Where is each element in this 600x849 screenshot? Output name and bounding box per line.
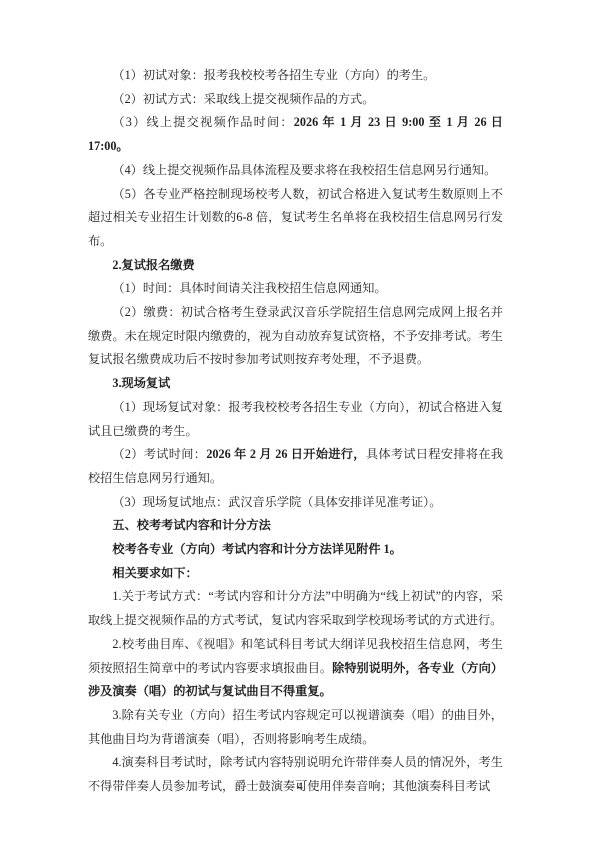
text-run: （1）现场复试对象：报考我校校考各招生专业（方向），初试合格进入复试且已缴费的考…	[88, 400, 503, 438]
document-body: （1）初试对象：报考我校校考各招生专业（方向）的考生。（2）初试方式：采取线上提…	[88, 64, 503, 799]
bold-text-run: 相关要求如下：	[112, 566, 197, 580]
text-run: （4）线上提交视频作品具体流程及要求将在我校招生信息网另行通知。	[112, 163, 496, 177]
page-number: 4	[0, 779, 600, 795]
text-run: （2）初试方式：采取线上提交视频作品的方式。	[112, 92, 374, 106]
paragraph: （1）现场复试对象：报考我校校考各招生专业（方向），初试合格进入复试且已缴费的考…	[88, 396, 503, 443]
paragraph: 2.复试报名缴费	[88, 254, 503, 278]
paragraph: （2）初试方式：采取线上提交视频作品的方式。	[88, 88, 503, 112]
text-run: （3）线上提交视频作品时间：	[112, 115, 293, 129]
paragraph: （2）缴费：初试合格考生登录武汉音乐学院招生信息网完成网上报名并缴费。未在规定时…	[88, 301, 503, 372]
bold-text-run: 五、校考考试内容和计分方法	[112, 518, 270, 532]
bold-text-run: 3.现场复试	[112, 376, 170, 390]
paragraph: （4）线上提交视频作品具体流程及要求将在我校招生信息网另行通知。	[88, 159, 503, 183]
text-run: （1）时间：具体时间请关注我校招生信息网通知。	[112, 281, 386, 295]
paragraph: （2）考试时间：2026 年 2 月 26 日开始进行，具体考试日程安排将在我校…	[88, 443, 503, 490]
paragraph: （5）各专业严格控制现场校考人数，初试合格进入复试考生数原则上不超过相关专业招生…	[88, 183, 503, 254]
paragraph: （3）现场复试地点：武汉音乐学院（具体安排详见准考证）。	[88, 491, 503, 515]
paragraph: 3.现场复试	[88, 372, 503, 396]
document-page: （1）初试对象：报考我校校考各招生专业（方向）的考生。（2）初试方式：采取线上提…	[0, 0, 600, 849]
text-run: （3）现场复试地点：武汉音乐学院（具体安排详见准考证）。	[112, 495, 441, 509]
text-run: （2）缴费：初试合格考生登录武汉音乐学院招生信息网完成网上报名并缴费。未在规定时…	[88, 305, 503, 366]
text-run: （1）初试对象：报考我校校考各招生专业（方向）的考生。	[112, 68, 435, 82]
text-run: 1.关于考试方式：“考试内容和计分方法”中明确为“线上初试”的内容，采取线上提交…	[88, 589, 503, 627]
paragraph: （3）线上提交视频作品时间：2026 年 1 月 23 日 9:00 至 1 月…	[88, 111, 503, 158]
paragraph: 3.除有关专业（方向）招生考试内容规定可以视谱演奏（唱）的曲目外，其他曲目均为背…	[88, 704, 503, 751]
text-run: 3.除有关专业（方向）招生考试内容规定可以视谱演奏（唱）的曲目外，其他曲目均为背…	[88, 708, 503, 746]
bold-text-run: 2026 年 2 月 26 日开始进行，	[206, 447, 365, 461]
paragraph: 相关要求如下：	[88, 562, 503, 586]
paragraph: （1）时间：具体时间请关注我校招生信息网通知。	[88, 277, 503, 301]
bold-text-run: 2.复试报名缴费	[112, 258, 194, 272]
bold-text-run: 校考各专业（方向）考试内容和计分方法详见附件 1。	[112, 542, 401, 556]
paragraph: 1.关于考试方式：“考试内容和计分方法”中明确为“线上初试”的内容，采取线上提交…	[88, 585, 503, 632]
paragraph: 2.校考曲目库、《视唱》和笔试科目考试大纲详见我校招生信息网，考生须按照招生简章…	[88, 633, 503, 704]
paragraph: （1）初试对象：报考我校校考各招生专业（方向）的考生。	[88, 64, 503, 88]
paragraph: 五、校考考试内容和计分方法	[88, 514, 503, 538]
text-run: （2）考试时间：	[112, 447, 206, 461]
text-run: （5）各专业严格控制现场校考人数，初试合格进入复试考生数原则上不超过相关专业招生…	[88, 187, 503, 248]
paragraph: 校考各专业（方向）考试内容和计分方法详见附件 1。	[88, 538, 503, 562]
